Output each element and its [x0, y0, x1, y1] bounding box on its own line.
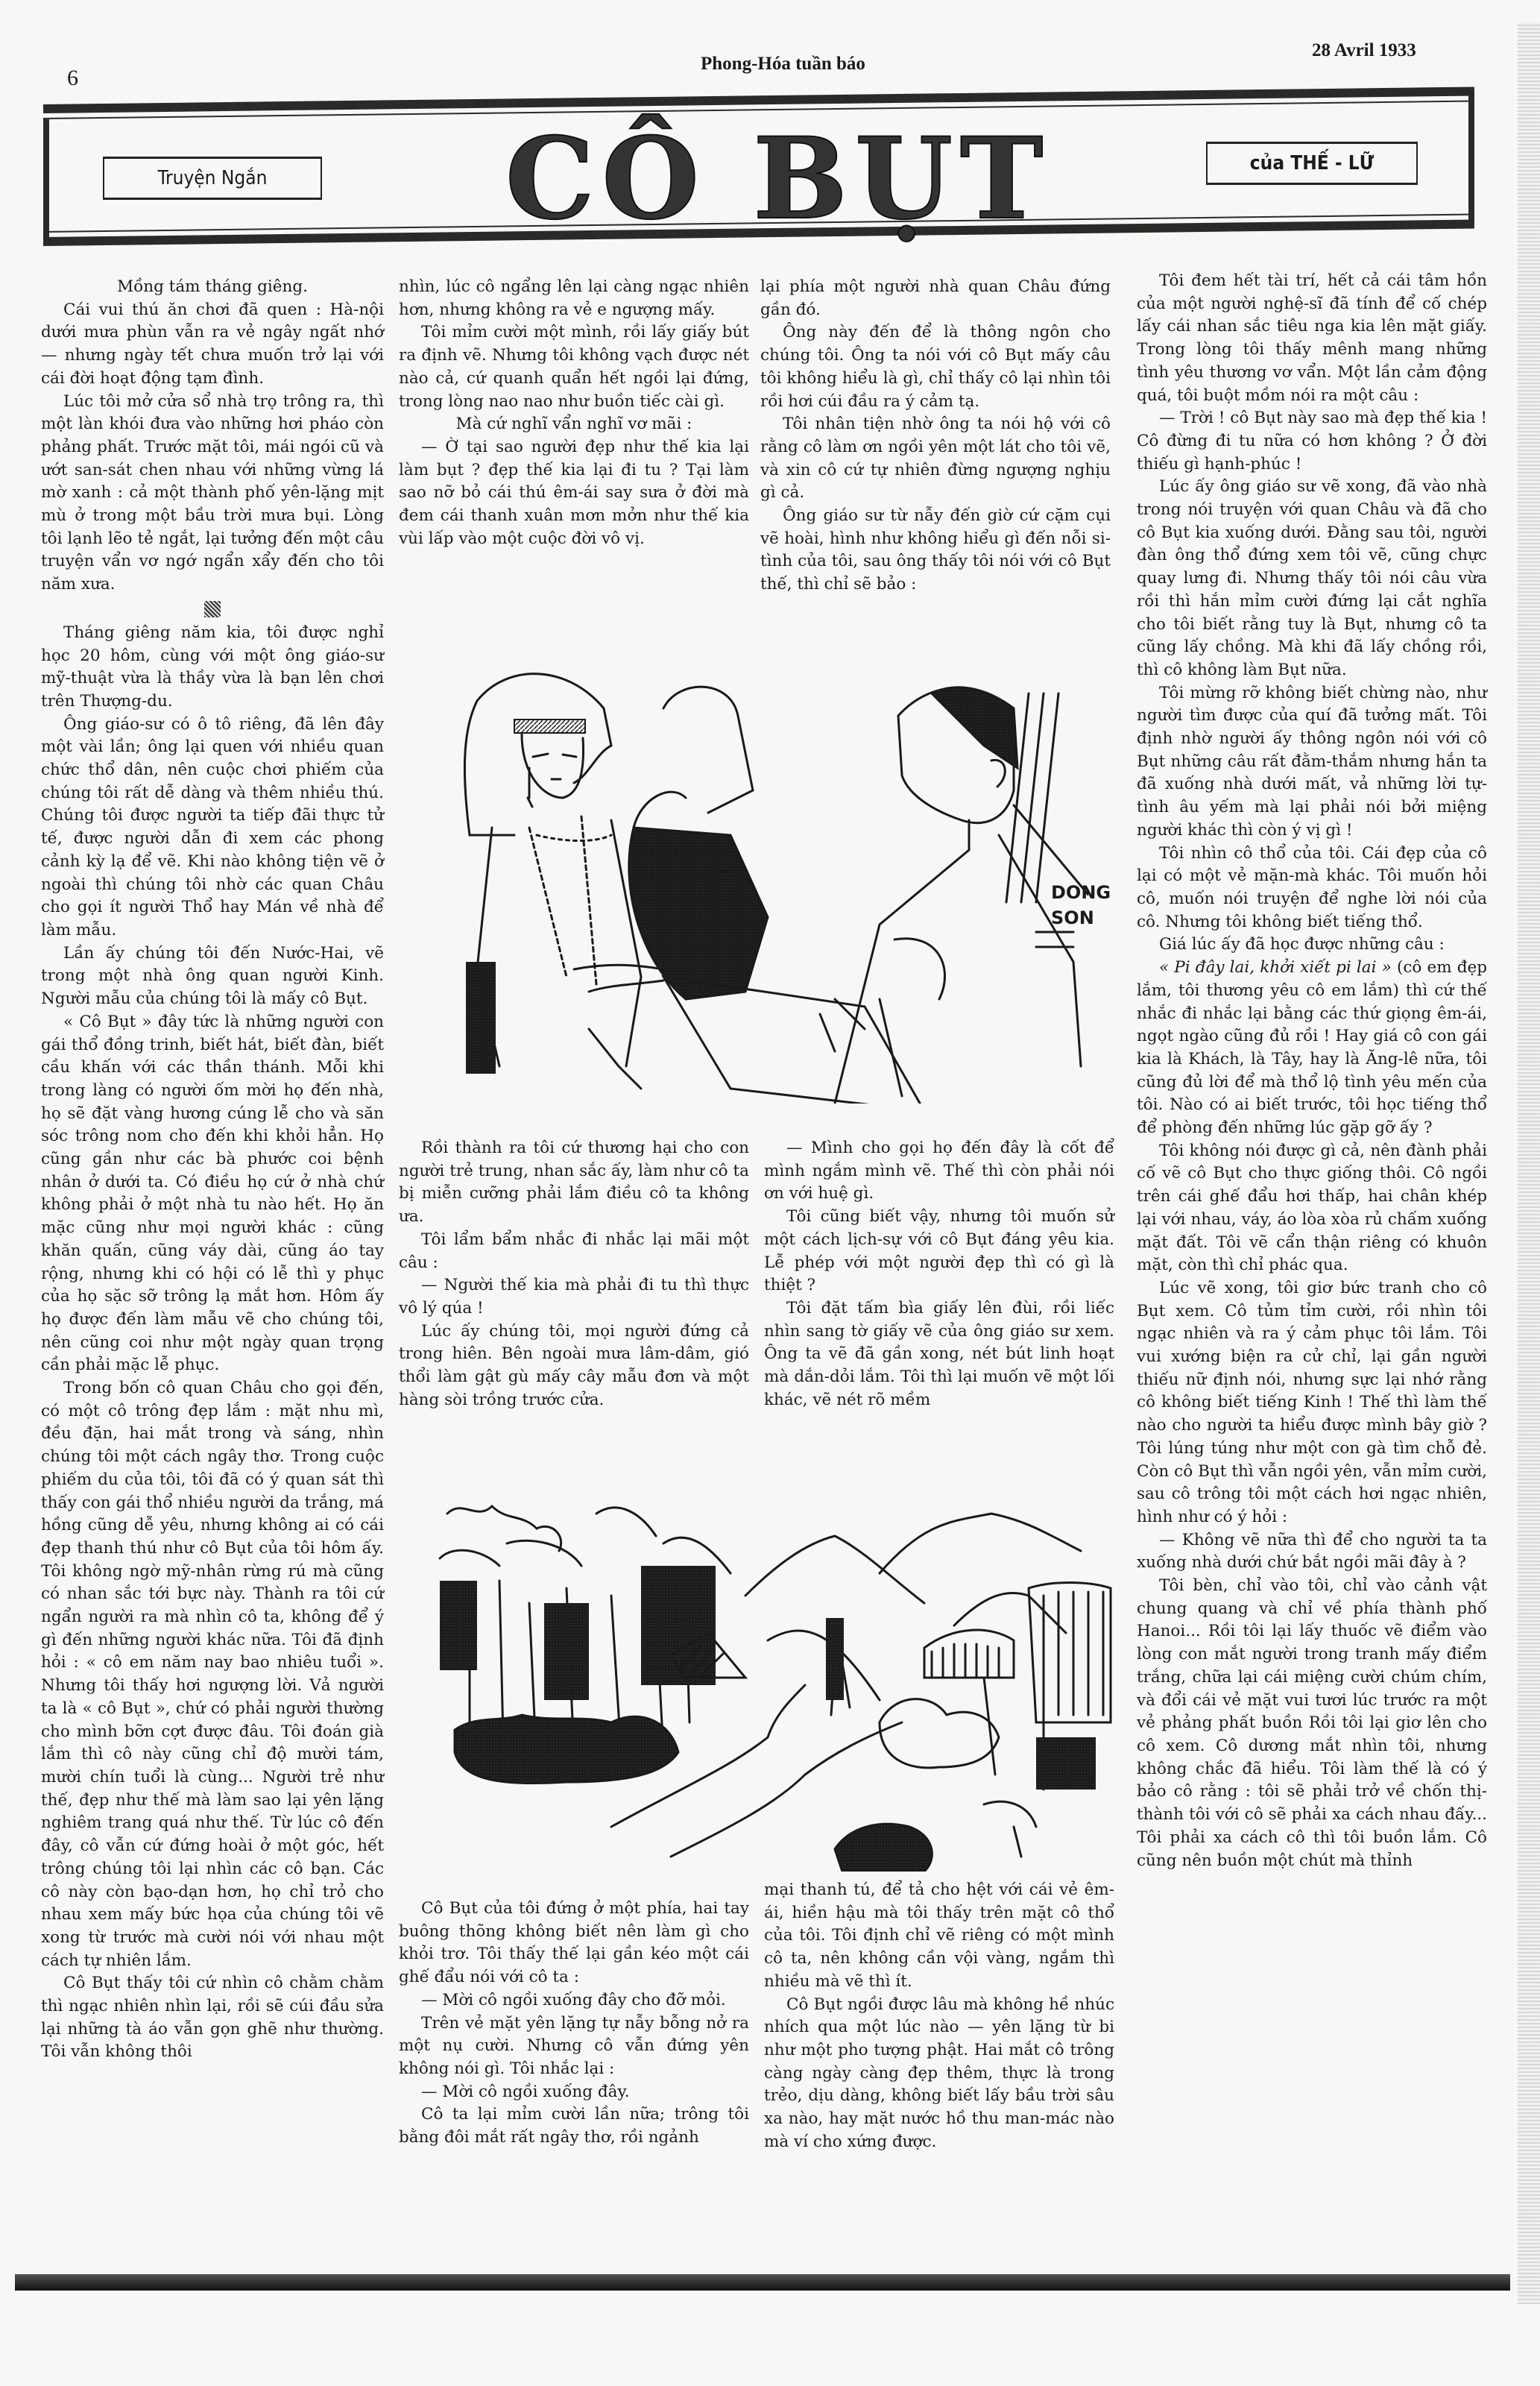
article-paragraph: — Mời cô ngồi xuống đây cho đỡ mỏi.: [399, 1989, 749, 2012]
article-paragraph: Tôi không nói được gì cả, nên đành phải …: [1137, 1140, 1487, 1277]
article-paragraph: Tôi mỉm cười một mình, rồi lấy giấy bút …: [399, 321, 749, 413]
article-paragraph: Ông này đến để là thông ngôn cho chúng t…: [760, 321, 1111, 413]
article-paragraph: Cái vui thú ăn chơi đã quen : Hà-nội dướ…: [41, 299, 384, 391]
article-paragraph: Lúc ấy chúng tôi, mọi người đứng cả tron…: [399, 1321, 749, 1412]
article-paragraph: Tháng giêng năm kia, tôi được nghỉ học 2…: [41, 622, 384, 714]
article-paragraph: mại thanh tú, để tả cho hệt với cái vẻ ê…: [764, 1879, 1114, 1994]
article-column-2-middle: Rồi thành ra tôi cứ thương hại cho con n…: [399, 1137, 749, 1411]
article-paragraph: Tôi đem hết tài trí, hết cả cái tâm hồn …: [1137, 270, 1487, 407]
article-column-2-top: nhìn, lúc cô ngẩng lên lại càng ngạc nhi…: [399, 276, 749, 550]
figure-drawing-illustration: [417, 649, 1088, 1104]
article-paragraph: Ông giáo sư từ nẫy đến giờ cứ cặm cụi vẽ…: [760, 505, 1111, 596]
article-paragraph: lại phía một người nhà quan Châu đứng gầ…: [760, 276, 1111, 321]
banner-rule: [1468, 89, 1474, 224]
article-paragraph: Lúc vẽ xong, tôi giơ bức tranh cho cô Bụ…: [1137, 1277, 1487, 1529]
article-paragraph: — Mình cho gọi họ đến đây là cốt để mình…: [764, 1137, 1114, 1206]
article-paragraph: Cô Bụt của tôi đứng ở một phía, hai tay …: [399, 1898, 749, 1989]
article-column-3-middle: — Mình cho gọi họ đến đây là cốt để mình…: [764, 1137, 1114, 1411]
section-label: Truyện Ngắn: [103, 157, 322, 200]
article-paragraph: Trong bốn cô quan Châu cho gọi đến, có m…: [41, 1377, 384, 1972]
article-column-1: Mồng tám tháng giêng.Cái vui thú ăn chơi…: [41, 276, 384, 2064]
publication-name: Phong-Hóa tuần báo: [701, 54, 865, 75]
article-paragraph: — Ờ tại sao người đẹp như thế kia lại là…: [399, 436, 749, 551]
article-paragraph: — Người thế kia mà phải đi tu thì thực v…: [399, 1274, 749, 1320]
article-paragraph: — Trời ! cô Bụt này sao mà đẹp thế kia !…: [1137, 407, 1487, 476]
artist-signature: DONG SON: [1051, 880, 1073, 931]
article-paragraph: Tôi mừng rỡ không biết chừng nào, như ng…: [1137, 682, 1487, 843]
article-paragraph: « Cô Bụt » đây tức là những người con gá…: [41, 1011, 384, 1377]
article-paragraph: Tôi nhân tiện nhờ ông ta nói hộ với cô r…: [760, 413, 1111, 505]
article-paragraph: Tôi bèn, chỉ vào tôi, chỉ vào cảnh vật c…: [1137, 1575, 1487, 1872]
story-banner: Truyện Ngắn CÔ BỤT của THẾ - LỮ: [43, 104, 1474, 246]
article-paragraph: nhìn, lúc cô ngẩng lên lại càng ngạc nhi…: [399, 276, 749, 321]
article-paragraph: Cô Bụt thấy tôi cứ nhìn cô chằm chằm thì…: [41, 1972, 384, 2064]
article-paragraph: — Mời cô ngồi xuống đây.: [399, 2081, 749, 2104]
article-paragraph: Lúc tôi mở cửa sổ nhà trọ trông ra, thì …: [41, 391, 384, 596]
article-paragraph: Mồng tám tháng giêng.: [41, 276, 384, 299]
article-paragraph: — Không vẽ nữa thì để cho người ta ta xu…: [1137, 1529, 1487, 1575]
story-title: CÔ BỤT: [505, 113, 1050, 245]
article-paragraph: Tôi nhìn cô thổ của tôi. Cái đẹp của cô …: [1137, 843, 1487, 934]
section-ornament: [204, 601, 221, 617]
page-bottom-rule: [15, 2274, 1510, 2291]
article-column-3-bottom: mại thanh tú, để tả cho hệt với cái vẻ ê…: [764, 1879, 1114, 2153]
article-paragraph: « Pi đây lai, khởi xiết pi lai » (cô em …: [1137, 957, 1487, 1140]
banner-rule: [43, 119, 49, 239]
article-paragraph: Tôi lẩm bẩm nhắc đi nhắc lại mãi một câu…: [399, 1229, 749, 1274]
article-paragraph: Ông giáo-sư có ô tô riêng, đã lên đây mộ…: [41, 714, 384, 942]
article-column-3-top: lại phía một người nhà quan Châu đứng gầ…: [760, 276, 1111, 596]
article-column-2-bottom: Cô Bụt của tôi đứng ở một phía, hai tay …: [399, 1898, 749, 2150]
landscape-illustration: [417, 1454, 1118, 1872]
page-number: 6: [67, 66, 78, 91]
article-column-4: Tôi đem hết tài trí, hết cả cái tâm hồn …: [1137, 270, 1487, 1872]
article-paragraph: Tôi đặt tấm bìa giấy lên đùi, rồi liếc n…: [764, 1297, 1114, 1412]
page-edge-shadow: [1518, 22, 1540, 2304]
article-paragraph: Cô Bụt ngồi được lâu mà không hề nhúc nh…: [764, 1994, 1114, 2154]
author-byline: của THẾ - LỮ: [1206, 142, 1418, 185]
article-paragraph: Lần ấy chúng tôi đến Nước-Hai, vẽ trong …: [41, 942, 384, 1011]
article-paragraph: Lúc ấy ông giáo sư vẽ xong, đã vào nhà t…: [1137, 476, 1487, 682]
article-paragraph: Cô ta lại mỉm cười lần nữa; trông tôi bằ…: [399, 2103, 749, 2149]
article-paragraph: Trên vẻ mặt yên lặng tự nẫy bỗng nở ra m…: [399, 2012, 749, 2081]
article-paragraph: Tôi cũng biết vậy, nhưng tôi muốn sử một…: [764, 1206, 1114, 1297]
article-paragraph: Mà cứ nghĩ vẩn nghĩ vơ mãi :: [399, 413, 749, 436]
article-paragraph: Giá lúc ấy đã học được những câu :: [1137, 934, 1487, 957]
article-paragraph: Rồi thành ra tôi cứ thương hại cho con n…: [399, 1137, 749, 1229]
issue-date: 28 Avril 1933: [1312, 40, 1416, 61]
